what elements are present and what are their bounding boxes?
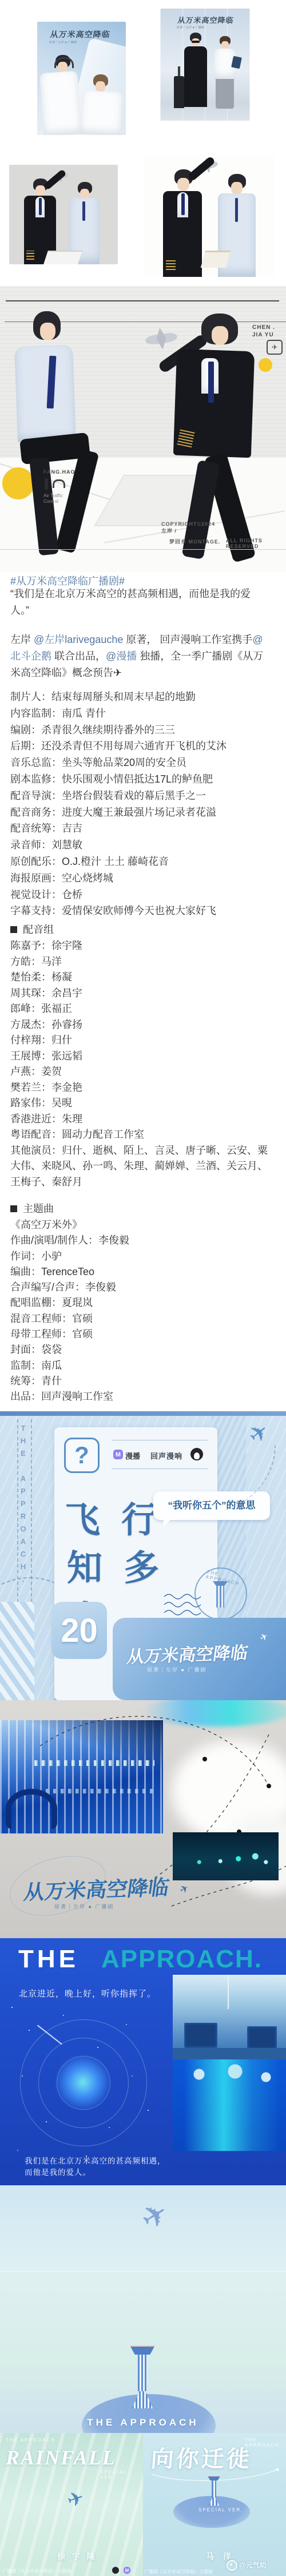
poster4-pilot-face — [177, 178, 189, 191]
weibo-post-page: 从万米高空降临 原著｜左岸 ● 广播剧 从万米高空降临 原著｜左岸 ● 广播剧 — [0, 0, 286, 2576]
radar-glow — [54, 2054, 112, 2111]
song-credit-line: 混音工程师：官硕 — [10, 1311, 271, 1327]
cast-line: 付梓翔：归什 — [10, 1033, 271, 1049]
logo-rule-bottom — [112, 1468, 208, 1469]
post-intro: 左岸 @左岸larivegauche 原著， 回声漫响工作室携手@北斗企鹅 联合… — [10, 632, 271, 681]
antenna — [228, 1975, 229, 2009]
song-credit-line: 封面：袋袋 — [10, 1342, 271, 1358]
trailer-series-logo-sub: 原著｜左岸 ● 广播剧 — [54, 1903, 114, 1910]
copyright-montage: 梦回乡 MONTAGE. — [169, 538, 220, 545]
cast-line: 香港进近：朱理 — [10, 1112, 271, 1128]
credit-line: 配音商务：进度大魔王兼最强片场记录者花溢 — [10, 804, 279, 821]
cast-line: 粤语配音：圆动力配音工作室 — [10, 1127, 271, 1143]
post-intro-segment: 左岸 — [10, 634, 34, 645]
song-credit-line: 作词：小驴 — [10, 1249, 271, 1264]
credit-line: 原创配乐：O.J.橙汁 土土 藤崎花音 — [10, 854, 279, 870]
right-tower-base — [209, 2498, 219, 2506]
credit-line: 录音师：刘慧敏 — [10, 837, 279, 854]
cast-line: 方皓：马洋 — [10, 954, 271, 970]
left-airplane-icon: ✈ — [65, 2486, 87, 2513]
song-credit-line: 监制：南瓜 — [10, 1358, 271, 1374]
post-intro-segment: @左岸larivegauche — [34, 634, 126, 645]
quiz-promo-image[interactable]: THE APPROACH. ? M 漫播 回声漫响 飞 行 知 多 少 THE … — [0, 1411, 286, 1700]
right-version-label: SPECIAL VER. — [198, 2507, 243, 2513]
series-logo-sub-on-card: 原著｜左岸 ● 广播剧 — [147, 1666, 206, 1673]
song-credit-line: 编曲：TerenceTeo — [10, 1264, 271, 1280]
question-mark-icon: ? — [64, 1438, 100, 1473]
trailer-promo-image[interactable]: 从万米高空降临 原著｜左岸 ● 广播剧 ✈ THE APPROACH. 北京进近… — [0, 1700, 286, 2185]
stamp-wave-lines — [163, 1592, 203, 1618]
poster-image-3[interactable] — [9, 165, 118, 264]
card-airplane-icon: ✈ — [258, 1630, 271, 1644]
label-fang-hao: FANG.HAO — [43, 469, 76, 475]
tower-shaft — [138, 2355, 147, 2391]
star-field — [11, 2007, 13, 2008]
post-intro-segment: 联合出品， — [54, 650, 106, 662]
chenjiayu-tie — [208, 362, 214, 403]
poster4-clipboard — [201, 251, 231, 268]
series-logo-on-card: 从万米高空降临 — [125, 1638, 249, 1668]
credit-line: 编剧：杀青很久继续期待番外的三三 — [10, 722, 279, 739]
echo-studio-logo-text: 回声漫响 — [150, 1450, 182, 1461]
poster2-captain-suit — [184, 46, 207, 107]
tower-base — [132, 2391, 153, 2408]
trailer-quote-line1: 我们是在北京万米高空的甚高频相遇， — [25, 2154, 166, 2166]
cast-line: 路家伟：吴晛 — [10, 1096, 271, 1112]
tower-cab — [130, 2345, 155, 2355]
cast-line: 王展博：张远韬 — [10, 1049, 271, 1065]
poster3-officer-tie — [82, 201, 85, 221]
poster2-clipboard — [231, 56, 242, 69]
song-credit-line: 合声编写/合声：李俊毅 — [10, 1280, 271, 1295]
cast-header: 配音组 — [10, 922, 271, 938]
poster-image-4[interactable] — [145, 154, 275, 277]
logo-rule-top — [112, 1440, 208, 1440]
credit-line: 视觉设计：仓桥 — [10, 887, 279, 903]
cast-line: 郎峰：张福正 — [10, 1001, 271, 1017]
bullet-square-icon — [10, 1205, 17, 1212]
fanghao-face — [40, 323, 55, 340]
contrail-line — [0, 2271, 286, 2272]
credit-line: 后期：还没杀青但不用每周六通宵开飞机的艾沐 — [10, 738, 279, 755]
trailer-grey-area: 从万米高空降临 原著｜左岸 ● 广播剧 ✈ — [0, 1700, 286, 1938]
quiz-airplane-icon: ✈ — [243, 1418, 275, 1450]
trailer-series-logo: 从万米高空降临 — [22, 1872, 172, 1906]
trailer-blue-band: THE APPROACH. 北京进近，晚上好，听你指挥了。 我们是在北京万米高空… — [0, 1938, 286, 2185]
right-tower-shaft — [212, 2480, 216, 2498]
left-caption: 广播剧《从万米高空降临》主题曲 — [2, 2568, 71, 2574]
credit-line: 音乐总监：坐头等舱品菜20周的安全员 — [10, 755, 279, 771]
cover-right-migrate[interactable]: THE APPROACH 向你迁徙 SPECIAL VER. 马 洋 广播剧《从… — [143, 2433, 286, 2576]
poster2-sunglasses-icon — [192, 41, 200, 43]
chenjiayu-face — [212, 326, 228, 345]
left-stripe-block — [0, 1602, 34, 1700]
poster1-officer-shirt — [80, 90, 123, 135]
yellow-circle-small — [259, 358, 272, 372]
right-caption: 广播剧《从万米高空降临》主题曲 — [144, 2569, 213, 2575]
poster3-pilot-face — [35, 185, 45, 196]
weibo-logo-icon — [227, 2560, 237, 2571]
main-illustration[interactable]: CHEN . JIA YU ✈ FANG.HAO Air Traffic Con… — [0, 286, 286, 572]
song-credit-line: 统筹：青什 — [10, 1374, 271, 1389]
cast-line: 楚怡柔：杨凝 — [10, 970, 271, 986]
cast-line: 周其琛：余昌宇 — [10, 986, 271, 1002]
post-intro-segment: 原著， 回声漫响工作室携手 — [126, 634, 252, 645]
quiz-title-line1: 飞 行 — [65, 1491, 162, 1542]
poster1-series-logo: 从万米高空降临 原著｜左岸 ● 广播剧 — [49, 29, 111, 46]
rainfall-title: RAINFALL — [6, 2446, 116, 2470]
poster3-pilot-arm — [43, 169, 66, 190]
cast-line: 陈嘉予：徐宇隆 — [10, 938, 271, 954]
song-credit-line: 母带工程师：官硕 — [10, 1327, 271, 1342]
poster2-officer-face — [221, 41, 229, 49]
song-credit-line: 配唱监棚：夏琨岚 — [10, 1295, 271, 1311]
poster3-desk-papers — [43, 251, 82, 264]
fanghao-shirt — [14, 344, 76, 442]
chenjiayu-model-plane — [145, 332, 178, 346]
song-credits-list: 《高空万米外》作曲/演唱/制作人：李俊毅作词：小驴编曲：TerenceTeo合声… — [10, 1217, 271, 1405]
credit-line: 剧本监修：快乐围观小情侣抵达17L的鲈鱼肥 — [10, 771, 279, 788]
label-atc: Air Traffic Control — [43, 493, 63, 505]
poster4-pilot-tie — [181, 193, 185, 215]
poster4-officer-lanyard — [235, 198, 238, 222]
main-approach-label: THE APPROACH — [0, 2417, 286, 2428]
poster2-officer-trousers — [216, 79, 234, 109]
atc-bar-icon — [45, 478, 48, 490]
poster3-pilot-tie — [39, 198, 42, 215]
song-header: 主题曲 — [10, 1201, 271, 1217]
radar-screens-photo — [173, 2059, 286, 2151]
yellow-circle — [2, 467, 34, 499]
watermark-text: @元气幼 — [239, 2560, 267, 2570]
quiz-top-bar — [0, 1411, 286, 1416]
control-tower — [130, 2345, 155, 2408]
credit-line: 内容监制：南瓜 青什 — [10, 705, 279, 722]
title-the: THE — [18, 1945, 79, 1974]
credit-line: 海报原画：空心烧烤城 — [10, 870, 279, 887]
post-body: #从万米高空降临广播剧# “我们是在北京万米高空的甚高频相遇，而他是我的爱人。”… — [0, 572, 286, 1411]
desk — [173, 2048, 286, 2059]
song-credit-line: 出品：回声漫响工作室 — [10, 1389, 271, 1404]
plane-badge-icon: ✈ — [267, 340, 283, 355]
poster4-officer-face — [231, 182, 243, 195]
cover-left-rainfall[interactable]: THE APPROACH RAINFALL SPECIAL VER. ✈ 徐 宇… — [0, 2433, 143, 2576]
song-credit-line: 作曲/演唱/制作人：李俊毅 — [10, 1233, 271, 1248]
cast-list: 陈嘉予：徐宇隆方皓：马洋楚怡柔：杨凝周其琛：余昌宇郎峰：张福正方晟杰：孙睿扬付梓… — [10, 938, 271, 1190]
caption-manbo-logo-icon: M — [124, 2567, 130, 2574]
credits-list: 制片人：结束每周掰头和周末早起的地勤内容监制：南瓜 青什编剧：杀青很久继续期待番… — [10, 689, 279, 919]
poster4-sleeve-stripes — [166, 259, 176, 270]
bullet-square-icon — [10, 926, 17, 933]
label-chen-jiayu: CHEN . JIA YU — [252, 324, 275, 339]
cast-line: 方晟杰：孙睿扬 — [10, 1017, 271, 1033]
poster2-series-logo: 从万米高空降临 原著｜左岸 ● 广播剧 — [176, 14, 235, 31]
tower-room-photo — [173, 1975, 286, 2059]
right-tower-cab — [208, 2476, 220, 2480]
map-shapes — [178, 2063, 281, 2091]
illustration-bottom-line — [0, 549, 286, 550]
copyright-block: COPYRIGHT©2024 左岸 / — [161, 521, 215, 534]
copyright-rights: ALL RIGHTS RESERVED — [226, 538, 286, 549]
poster4-pilot-arm — [187, 156, 216, 181]
poster1-pilot-shirt — [39, 71, 82, 135]
series-logo-card: 从万米高空降临 原著｜左岸 ● 广播剧 ✈ — [113, 1618, 286, 1700]
trailer-logo-block: 从万米高空降临 原著｜左岸 ● 广播剧 ✈ — [9, 1870, 192, 1932]
poster2-luggage — [174, 76, 184, 108]
right-tower — [208, 2476, 220, 2506]
poster-image-1[interactable]: 从万米高空降临 原著｜左岸 ● 广播剧 — [37, 22, 126, 135]
poster3-sleeve-stripes — [26, 251, 34, 260]
poster1-headphones-icon — [54, 57, 74, 68]
caption-penguin-logo-icon — [112, 2567, 119, 2574]
title-approach: APPROACH. — [101, 1945, 263, 1974]
headset-icon — [53, 479, 65, 488]
wall-line-top — [6, 300, 279, 301]
left-version-label: SPECIAL VER. — [100, 2470, 143, 2480]
episode-count-card: 20 — [51, 1602, 107, 1659]
cast-line: 卢燕：姜贺 — [10, 1064, 271, 1080]
left-small-label: THE APPROACH — [6, 2438, 55, 2443]
post-intro-segment: @漫播 — [106, 650, 140, 662]
poster-image-2[interactable]: 从万米高空降临 原著｜左岸 ● 广播剧 — [160, 9, 250, 121]
tower-scene: THE APPROACH — [0, 2288, 286, 2433]
stamp-tower-top — [213, 1581, 228, 1586]
left-artist-name: 徐 宇 隆 — [57, 2551, 97, 2562]
covers-promo-image[interactable]: ✈ THE APPROACH THE APPROACH RAINFALL SPE… — [0, 2185, 286, 2576]
trailer-quote-line2: 而他是我的爱人。 — [25, 2166, 91, 2177]
credit-line: 制片人：结束每周掰头和周末早起的地勤 — [10, 689, 279, 705]
monitor-2 — [247, 2026, 277, 2049]
manbo-logo-icon: M — [113, 1450, 123, 1459]
cast-line: 其他演员：归什、逝枫、陌上、言灵、唐子晰、云安、粟大伟、来晓风、孙一鸣、朱理、蔺… — [10, 1143, 271, 1190]
monitor-1 — [184, 2023, 217, 2048]
credit-line: 配音导演：坐塔台假装看戏的幕后黑手之一 — [10, 788, 279, 804]
stamp-tower-icon — [216, 1585, 224, 1607]
post-quote: “我们是在北京万米高空的甚高频相遇，而他是我的爱人。” — [10, 586, 265, 619]
trailer-logo-airplane-icon: ✈ — [178, 1882, 192, 1897]
manbo-logo-text: 漫播 — [125, 1450, 140, 1461]
sky-airplane-icon: ✈ — [134, 2194, 176, 2238]
credit-line: 配音统筹：吉吉 — [10, 820, 279, 837]
song-credit-line: 《高空万米外》 — [10, 1217, 271, 1233]
trailer-caption: 北京进近，晚上好，听你指挥了。 — [19, 1987, 156, 1999]
credit-line: 字幕支持：爱情保安欧师傅今天也祝大家好飞 — [10, 903, 279, 919]
cast-line: 樊若兰：李金艳 — [10, 1080, 271, 1096]
poster1-officer-face — [96, 81, 105, 92]
